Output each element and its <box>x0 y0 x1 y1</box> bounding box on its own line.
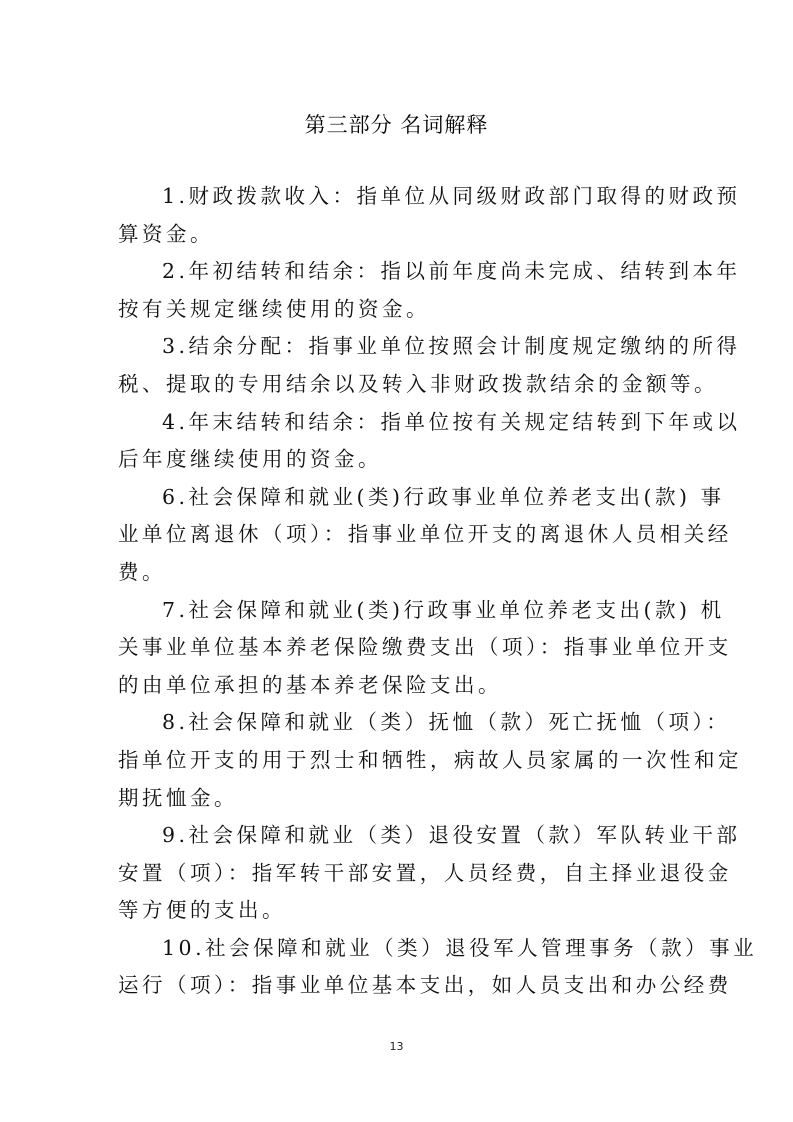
text-line: 业单位离退休（项）：指事业单位开支的离退休人员相关经 <box>118 516 678 554</box>
text-line: 算资金。 <box>118 216 678 254</box>
text-line: 等方便的支出。 <box>118 892 678 930</box>
text-line: 4.年末结转和结余：指单位按有关规定结转到下年或以 <box>118 404 678 442</box>
text-line: 期抚恤金。 <box>118 780 678 818</box>
definitions-body: 1.财政拨款收入：指单位从同级财政部门取得的财政预算资金。2.年初结转和结余：指… <box>118 178 678 1005</box>
text-line: 9.社会保障和就业（类）退役安置（款）军队转业干部 <box>118 817 678 855</box>
text-line: 8.社会保障和就业（类）抚恤（款）死亡抚恤（项）： <box>118 704 678 742</box>
text-line: 3.结余分配：指事业单位按照会计制度规定缴纳的所得 <box>118 328 678 366</box>
page-number: 13 <box>0 1040 793 1053</box>
text-line: 税、提取的专用结余以及转入非财政拨款结余的金额等。 <box>118 366 678 404</box>
text-line: 10.社会保障和就业（类）退役军人管理事务（款）事业 <box>118 930 678 968</box>
text-line: 后年度继续使用的资金。 <box>118 441 678 479</box>
text-line: 2.年初结转和结余：指以前年度尚未完成、结转到本年 <box>118 253 678 291</box>
text-line: 1.财政拨款收入：指单位从同级财政部门取得的财政预 <box>118 178 678 216</box>
section-title: 第三部分 名词解释 <box>0 109 793 139</box>
text-line: 6.社会保障和就业(类)行政事业单位养老支出(款) 事 <box>118 479 678 517</box>
text-line: 费。 <box>118 554 678 592</box>
text-line: 的由单位承担的基本养老保险支出。 <box>118 667 678 705</box>
text-line: 安置（项）：指军转干部安置，人员经费，自主择业退役金 <box>118 855 678 893</box>
text-line: 运行（项）：指事业单位基本支出，如人员支出和办公经费 <box>118 967 678 1005</box>
text-line: 关事业单位基本养老保险缴费支出（项）：指事业单位开支 <box>118 629 678 667</box>
text-line: 按有关规定继续使用的资金。 <box>118 291 678 329</box>
text-line: 7.社会保障和就业(类)行政事业单位养老支出(款) 机 <box>118 592 678 630</box>
text-line: 指单位开支的用于烈士和牺牲，病故人员家属的一次性和定 <box>118 742 678 780</box>
